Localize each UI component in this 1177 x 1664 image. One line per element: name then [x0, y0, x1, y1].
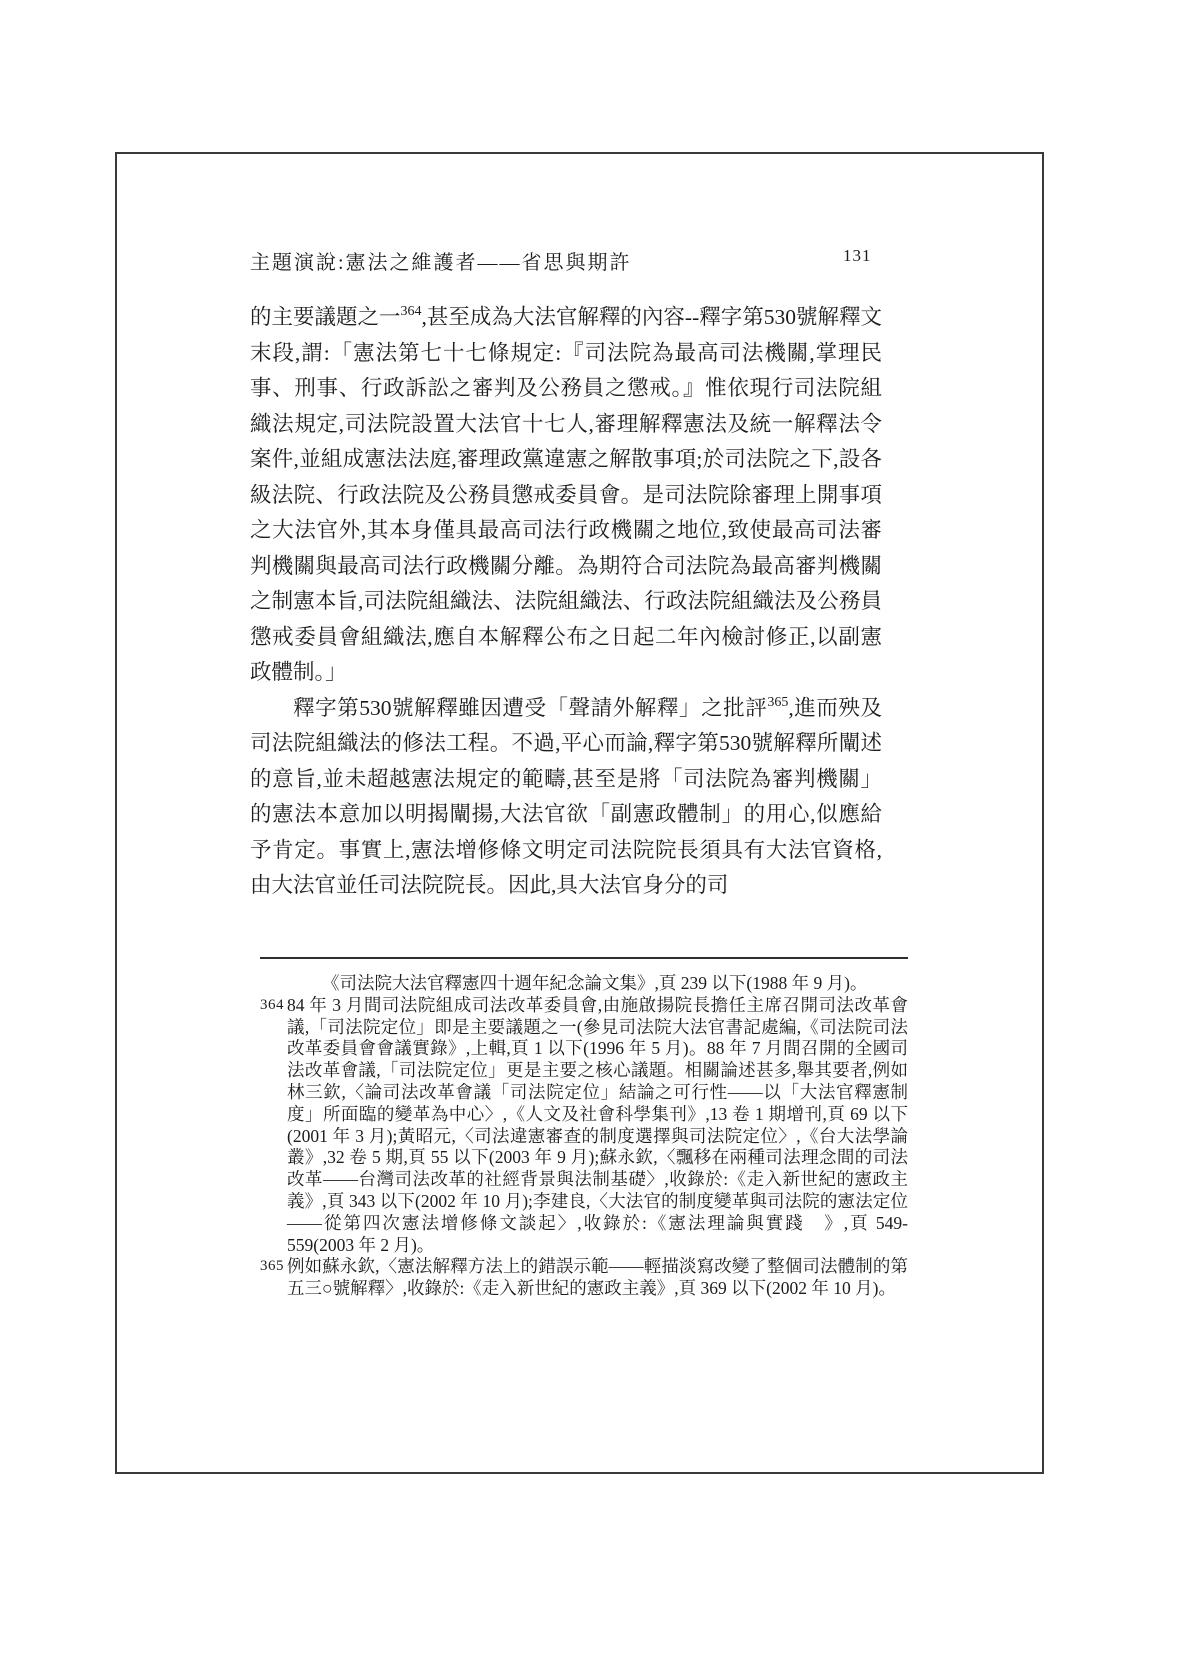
footnote-continuation: 《司法院大法官釋憲四十週年紀念論文集》,頁 239 以下(1988 年 9 月)… — [322, 973, 908, 995]
running-head-title: 主題演說:憲法之維護者——省思與期許 — [250, 246, 632, 275]
paragraph-1-text-before-ref: 的主要議題之一 — [250, 305, 401, 329]
paragraph-2: 釋字第530號解釋雖因遭受「聲請外解釋」之批評365,進而殃及司法院組織法的修法… — [250, 691, 882, 904]
page-border: 主題演說:憲法之維護者——省思與期許 131 的主要議題之一364,甚至成為大法… — [115, 152, 1044, 1474]
footnote-separator-rule — [260, 957, 908, 959]
paragraph-2-text-after-ref: ,進而殃及司法院組織法的修法工程。不過,平心而論,釋字第530號解釋所闡述的意旨… — [250, 696, 882, 898]
footnote-365-text: 例如蘇永欽,〈憲法解釋方法上的錯誤示範——輕描淡寫改變了整個司法體制的第五三○號… — [287, 1256, 908, 1300]
footnote-364-text: 84 年 3 月間司法院組成司法改革委員會,由施啟揚院長擔任主席召開司法改革會議… — [287, 995, 908, 1257]
footnote-365: 365 例如蘇永欽,〈憲法解釋方法上的錯誤示範——輕描淡寫改變了整個司法體制的第… — [260, 1256, 908, 1300]
paragraph-1: 的主要議題之一364,甚至成為大法官解釋的內容--釋字第530號解釋文末段,謂:… — [250, 300, 882, 691]
footnote-ref-364: 364 — [401, 304, 422, 319]
paragraph-1-text-after-ref: ,甚至成為大法官解釋的內容--釋字第530號解釋文末段,謂:「憲法第七十七條規定… — [250, 305, 882, 684]
footnote-ref-365: 365 — [767, 695, 788, 710]
page-number: 131 — [843, 246, 893, 266]
main-text-block: 的主要議題之一364,甚至成為大法官解釋的內容--釋字第530號解釋文末段,謂:… — [250, 300, 882, 904]
footnote-364: 364 84 年 3 月間司法院組成司法改革委員會,由施啟揚院長擔任主席召開司法… — [260, 995, 908, 1257]
footnote-section: 《司法院大法官釋憲四十週年紀念論文集》,頁 239 以下(1988 年 9 月)… — [260, 957, 908, 1300]
footnote-365-number: 365 — [260, 1256, 287, 1278]
paragraph-2-text-before-ref: 釋字第530號解釋雖因遭受「聲請外解釋」之批評 — [293, 696, 767, 720]
scanned-page-canvas: 主題演說:憲法之維護者——省思與期許 131 的主要議題之一364,甚至成為大法… — [0, 0, 1177, 1664]
footnote-364-number: 364 — [260, 995, 287, 1017]
